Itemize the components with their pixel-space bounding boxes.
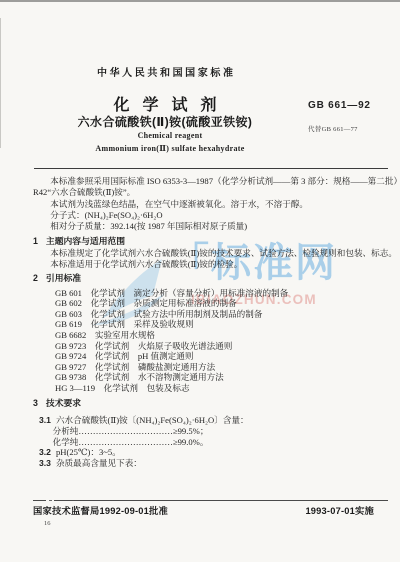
requirement-item: 分析纯……………………………≥99.5%；	[39, 426, 395, 437]
section-title: 主题内容与适用范围	[46, 236, 125, 246]
reference-item: GB 601 化学试剂 滴定分析（容量分析）用标准溶液的制备	[55, 288, 395, 299]
standard-subtitle-en: Ammonium iron(Ⅱ) sulfate hexahydrate	[25, 143, 315, 153]
section-number: 2	[33, 273, 38, 283]
standard-title-cn: 化学试剂	[25, 92, 305, 115]
document-page: 「标准网 .IBIAOZHUN.COM 中华人民共和国国家标准 化学试剂 六水合…	[0, 0, 400, 562]
requirement-number: 3.1	[39, 415, 51, 425]
reference-item: HG 3—119 化学试剂 包装及标志	[55, 383, 395, 394]
requirement-item: 3.1六水合硫酸铁(Ⅱ)铵〔(NH₄)₂Fe(SO₄)₂·6H₂O〕含量：	[39, 415, 395, 426]
national-standard-header: 中华人民共和国国家标准	[25, 64, 305, 79]
standard-title-en: Chemical reagent	[25, 131, 315, 140]
section-1-line: 本标准规定了化学试剂六水合硫酸铁(Ⅱ)铵的技术要求、试验方法、检验规则和包装、标…	[33, 248, 395, 259]
footer-divider-dot	[49, 500, 52, 501]
footer-divider	[33, 500, 388, 501]
section-3-heading: 3技术要求	[33, 398, 395, 409]
reference-item: GB 619 化学试剂 采样及验收规则	[55, 319, 395, 330]
referenced-standards-list: GB 601 化学试剂 滴定分析（容量分析）用标准溶液的制备GB 602 化学试…	[33, 288, 395, 394]
intro-paragraphs: 本标准参照采用国际标准 ISO 6353-3—1987（化学分析试剂——第 3 …	[33, 176, 395, 232]
reference-item: GB 9727 化学试剂 磷酸盐测定通用方法	[55, 362, 395, 373]
standard-number: GB 661—92	[308, 100, 371, 111]
requirement-text: 杂质最高含量见下表：	[56, 458, 142, 468]
reference-item: GB 9724 化学试剂 pH 值测定通则	[55, 351, 395, 362]
reference-item: GB 602 化学试剂 杂质测定用标准溶液的制备	[55, 298, 395, 309]
requirement-item: 化学纯……………………………≥99.0%。	[39, 437, 395, 448]
reference-item: GB 9723 化学试剂 火焰原子吸收光谱法通则	[55, 341, 395, 352]
intro-line: R42“六水合硫酸铁(Ⅱ)铵”。	[33, 187, 395, 198]
requirement-number: 3.2	[39, 447, 51, 457]
intro-line: 本试剂为浅蓝绿色结晶，在空气中逐渐被氧化。溶于水，不溶于醇。	[33, 199, 395, 210]
section-number: 1	[33, 236, 38, 246]
section-1-paragraphs: 本标准规定了化学试剂六水合硫酸铁(Ⅱ)铵的技术要求、试验方法、检验规则和包装、标…	[33, 248, 395, 271]
section-2-heading: 2引用标准	[33, 273, 395, 284]
requirement-item: 3.3杂质最高含量见下表：	[39, 458, 395, 469]
footer: 国家技术监督局1992-09-01批准 1993-07-01实施	[33, 503, 388, 517]
section-title: 技术要求	[46, 398, 81, 408]
page-number: 16	[44, 520, 51, 527]
footer-divider-gap	[46, 500, 54, 501]
approval-authority-date: 国家技术监督局1992-09-01批准	[33, 503, 168, 517]
reference-item: GB 9738 化学试剂 水不溶物测定通用方法	[55, 372, 395, 383]
section-title: 引用标准	[46, 273, 81, 283]
requirement-text: pH(25℃)：3~5。	[56, 447, 121, 457]
section-number: 3	[33, 398, 38, 408]
footer-divider-long-segment	[54, 500, 388, 501]
requirement-number: 3.3	[39, 458, 51, 468]
reference-item: GB 6682 实验室用水规格	[55, 330, 395, 341]
scan-left-edge	[0, 18, 1, 148]
header-divider	[34, 168, 388, 169]
intro-line: 本标准参照采用国际标准 ISO 6353-3—1987（化学分析试剂——第 3 …	[33, 176, 395, 187]
section-1-heading: 1主题内容与适用范围	[33, 236, 395, 247]
replaces-note: 代替GB 661—77	[308, 124, 358, 133]
requirement-text: 分析纯……………………………≥99.5%；	[44, 426, 208, 436]
implementation-date: 1993-07-01实施	[305, 503, 388, 517]
document-body: 本标准参照采用国际标准 ISO 6353-3—1987（化学分析试剂——第 3 …	[33, 176, 395, 469]
requirement-text: 化学纯……………………………≥99.0%。	[44, 437, 208, 447]
intro-line: 分子式：(NH₄)₂Fe(SO₄)₂·6H₂O	[33, 210, 395, 221]
technical-requirements-list: 3.1六水合硫酸铁(Ⅱ)铵〔(NH₄)₂Fe(SO₄)₂·6H₂O〕含量： 分析…	[33, 415, 395, 469]
requirement-item: 3.2pH(25℃)：3~5。	[39, 447, 395, 458]
section-1-line: 本标准适用于化学试剂六水合硫酸铁(Ⅱ)铵的检验。	[33, 259, 395, 270]
reference-item: GB 603 化学试剂 试验方法中所用制剂及制品的制备	[55, 309, 395, 320]
requirement-text: 六水合硫酸铁(Ⅱ)铵〔(NH₄)₂Fe(SO₄)₂·6H₂O〕含量：	[56, 415, 249, 425]
footer-divider-short-segment	[33, 500, 46, 501]
standard-subtitle-cn: 六水合硫酸铁(Ⅱ)铵(硫酸亚铁铵)	[25, 113, 305, 130]
scan-top-edge	[0, 0, 400, 2]
intro-line: 相对分子质量：392.14(按 1987 年国际相对原子质量)	[33, 221, 395, 232]
